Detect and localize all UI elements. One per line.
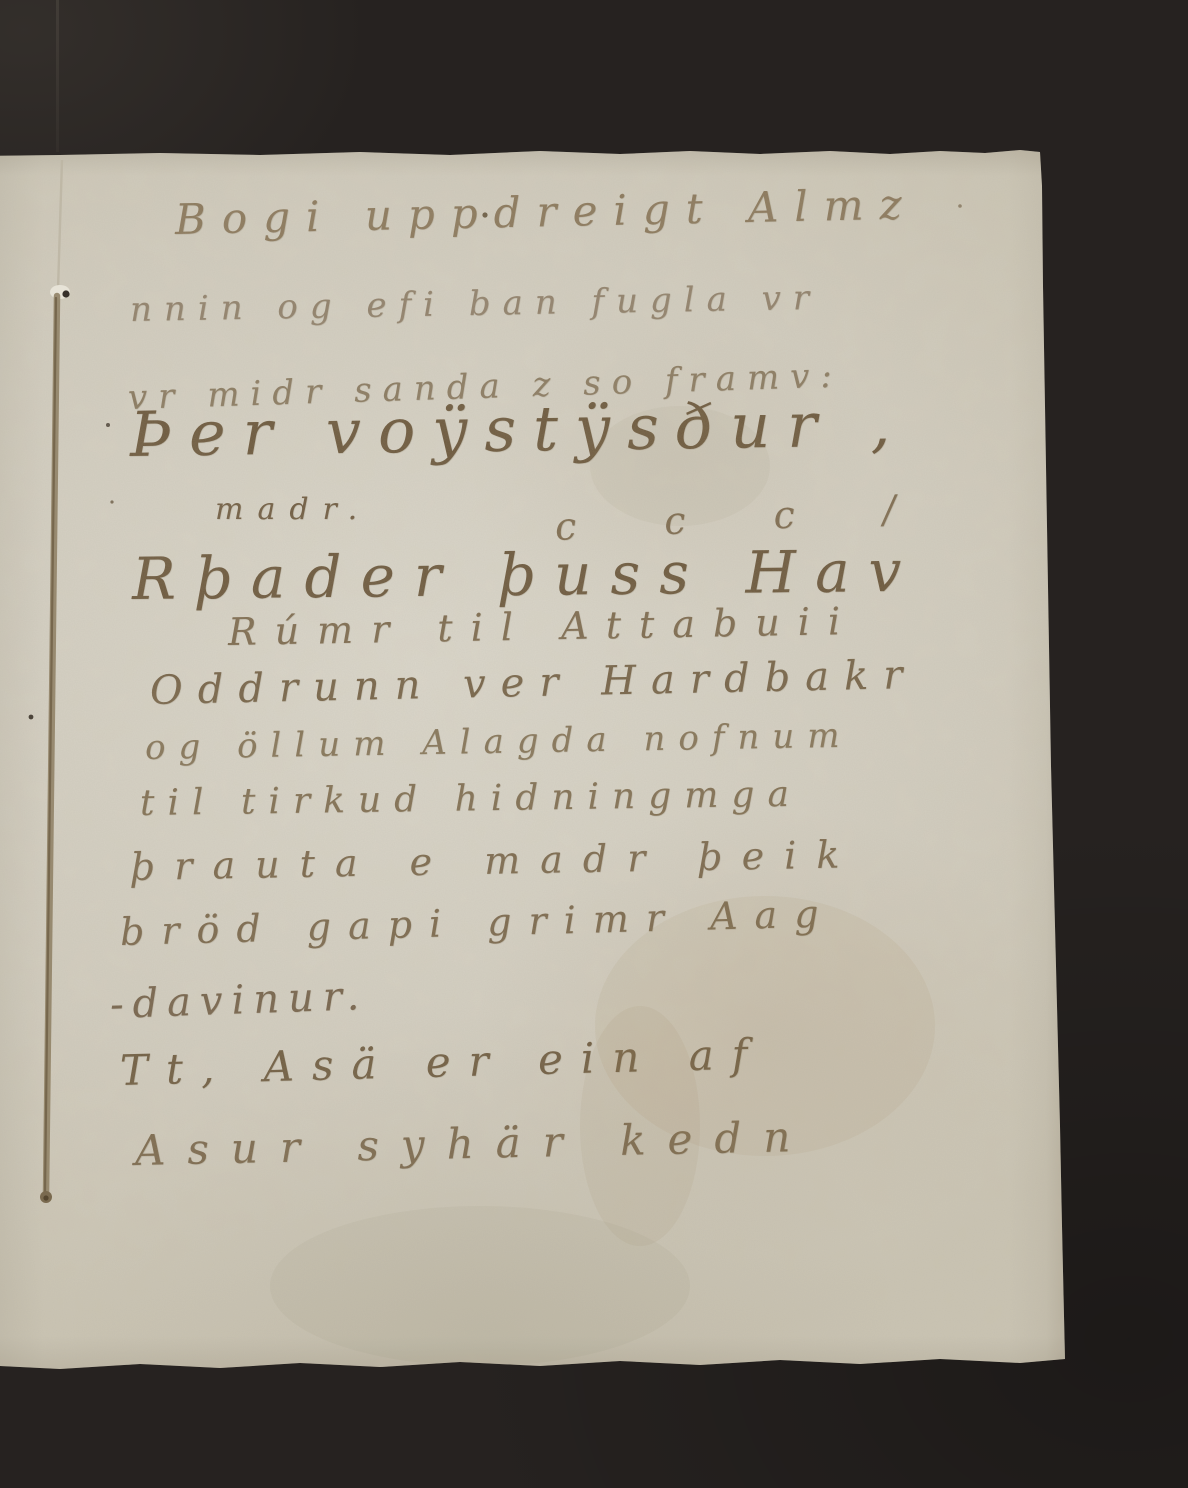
sewing-hole-shadow <box>62 290 69 297</box>
ink-speck <box>958 204 962 208</box>
ink-stain <box>270 1206 690 1366</box>
scanned-manuscript-photo: { "manuscript": { "background_color": "#… <box>0 0 1188 1488</box>
thread-knot-center <box>43 1195 48 1200</box>
paper-texture-overlay <box>0 146 1072 1374</box>
ink-speck <box>110 500 113 503</box>
ink-speck <box>482 212 487 217</box>
manuscript-page: Bogi uppdreigt Almz nnin og efi ban fugl… <box>0 146 1072 1374</box>
ink-speck <box>106 423 110 427</box>
ink-stain <box>580 1006 700 1246</box>
backing-cloth-seam <box>56 0 59 152</box>
paper-grain-coarse <box>0 146 1072 1374</box>
ink-speck <box>29 715 34 720</box>
ink-stain <box>590 406 770 526</box>
